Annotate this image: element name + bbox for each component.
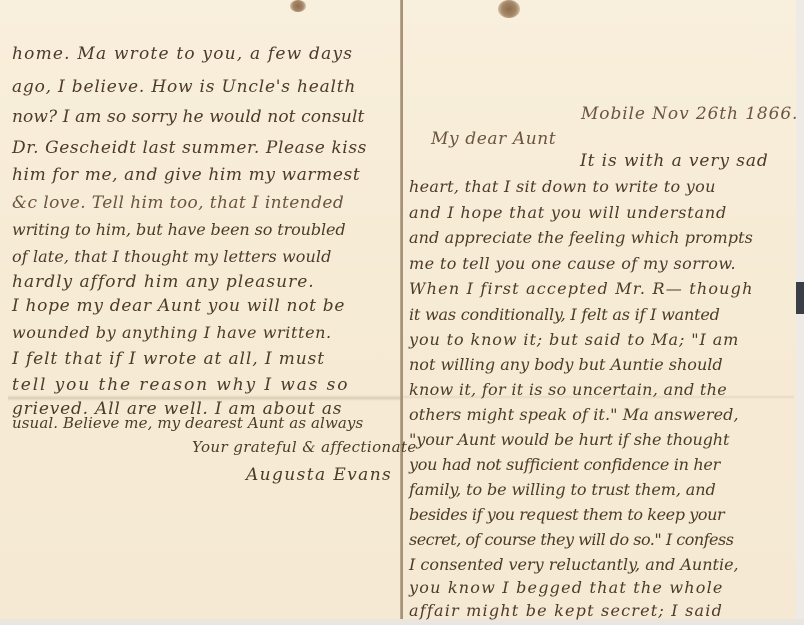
left-line-10: I hope my dear Aunt you will not be	[12, 296, 345, 316]
left-line-3: now? I am so sorry he would not consult	[12, 107, 364, 127]
right-line-10: know it, for it is so uncertain, and the	[409, 380, 727, 399]
right-line-15: besides if you request them to keep your	[409, 505, 724, 524]
right-line-17: I consented very reluctantly, and Auntie…	[409, 555, 739, 574]
right-line-5: me to tell you one cause of my sorrow.	[409, 254, 736, 273]
right-line-18: you know I begged that the whole	[409, 578, 724, 597]
right-line-9: not willing any body but Auntie should	[409, 355, 723, 374]
ink-stain-left	[290, 0, 306, 12]
closing-line: Your grateful & affectionate	[192, 438, 417, 456]
left-line-11: wounded by anything I have written.	[12, 323, 332, 342]
right-line-6: When I first accepted Mr. R— though	[409, 279, 754, 298]
right-line-13: you had not sufficient confidence in her	[409, 455, 720, 474]
left-line-7: writing to him, but have been so trouble…	[12, 220, 346, 239]
left-line-15: usual. Believe me, my dearest Aunt as al…	[12, 414, 363, 432]
right-line-2: heart, that I sit down to write to you	[409, 177, 716, 196]
binder-clip	[796, 282, 804, 314]
left-line-6: &c love. Tell him too, that I intended	[12, 193, 344, 213]
left-line-1: home. Ma wrote to you, a few days	[12, 44, 353, 64]
left-line-2: ago, I believe. How is Uncle's health	[12, 77, 356, 97]
right-line-12: "your Aunt would be hurt if she thought	[409, 430, 729, 449]
right-line-19: affair might be kept secret; I said	[409, 601, 723, 620]
left-line-13: tell you the reason why I was so	[12, 375, 349, 395]
right-line-14: family, to be willing to trust them, and	[409, 480, 716, 499]
left-line-8: of late, that I thought my letters would	[12, 247, 331, 266]
signature: Augusta Evans	[246, 465, 392, 485]
letter-scan: home. Ma wrote to you, a few days ago, I…	[0, 0, 804, 625]
right-line-8: you to know it; but said to Ma; "I am	[409, 330, 739, 349]
right-line-1: It is with a very sad	[580, 151, 769, 171]
salutation: My dear Aunt	[431, 129, 556, 149]
right-line-7: it was conditionally, I felt as if I wan…	[409, 305, 720, 324]
left-line-4: Dr. Gescheidt last summer. Please kiss	[12, 138, 367, 158]
right-line-4: and appreciate the feeling which prompts	[409, 228, 753, 247]
right-line-16: secret, of course they will do so." I co…	[409, 530, 733, 549]
left-line-5: him for me, and give him my warmest	[12, 165, 360, 185]
left-line-12: I felt that if I wrote at all, I must	[12, 349, 325, 369]
dateline: Mobile Nov 26th 1866.	[581, 104, 798, 124]
right-line-11: others might speak of it." Ma answered,	[409, 405, 739, 424]
left-line-9: hardly afford him any pleasure.	[12, 272, 315, 292]
right-line-3: and I hope that you will understand	[409, 203, 727, 222]
ink-stain-right	[498, 0, 520, 18]
